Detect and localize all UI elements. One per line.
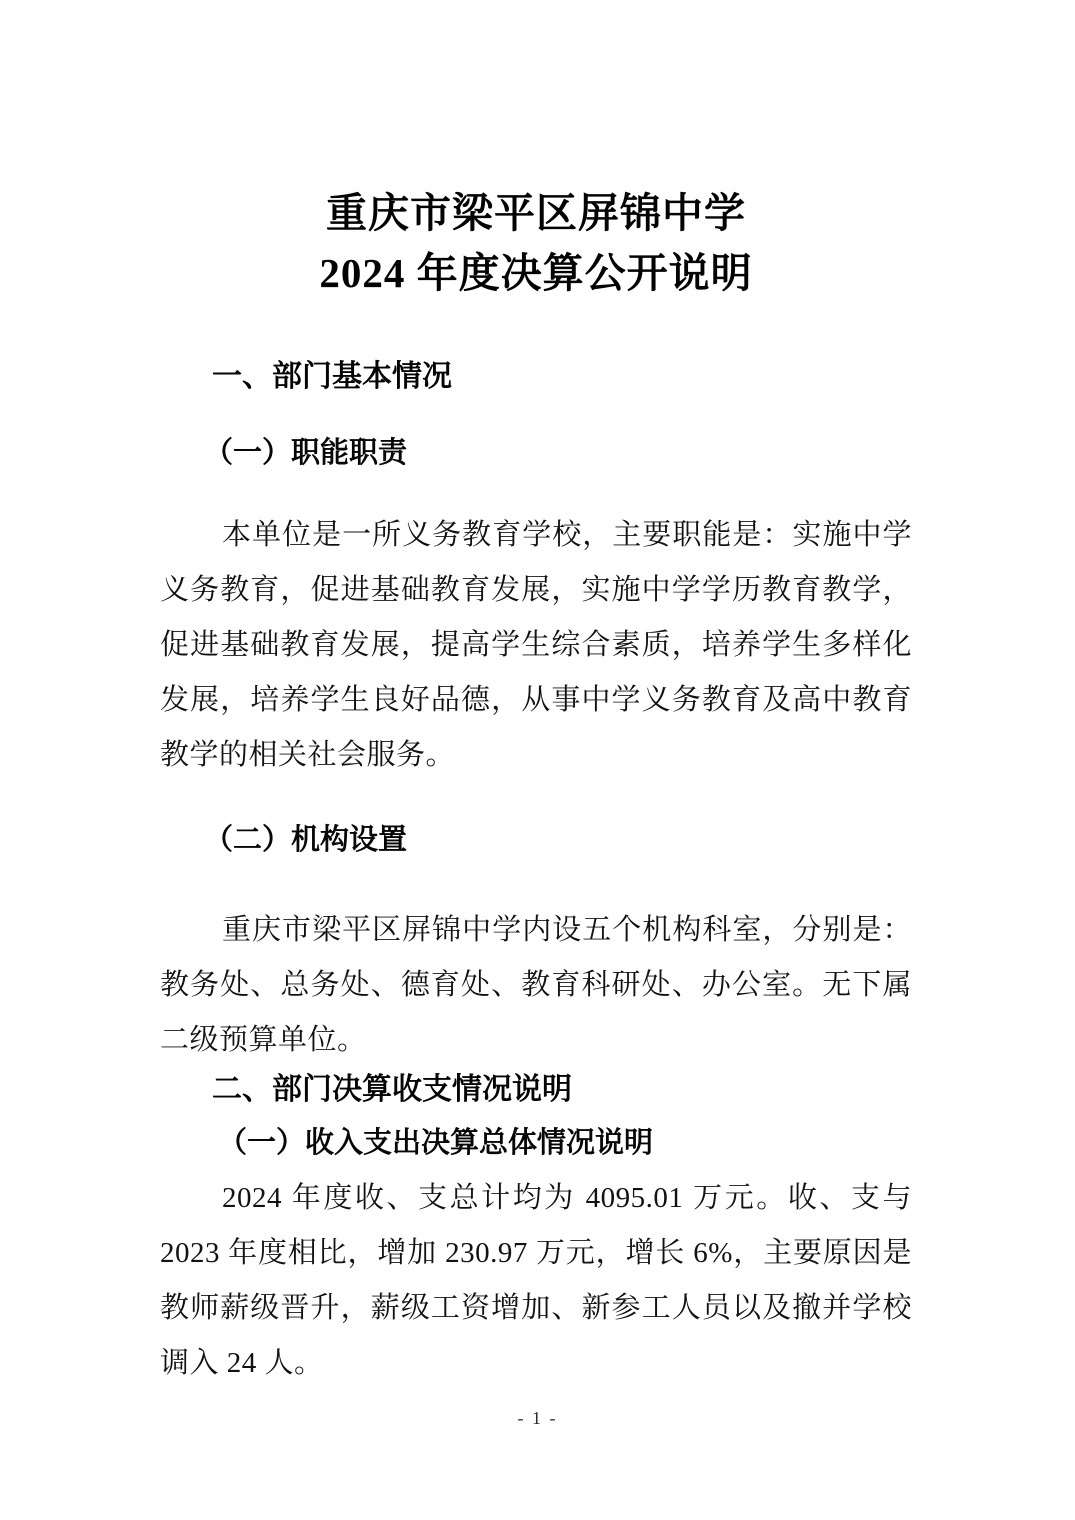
section-1-sub-1-paragraph: 本单位是一所义务教育学校，主要职能是：实施中学义务教育，促进基础教育发展，实施中… [160,508,912,783]
section-1-heading: 一、部门基本情况 [160,361,912,393]
document-content: 重庆市梁平区屏锦中学 2024 年度决算公开说明 一、部门基本情况 （一）职能职… [0,0,1075,1391]
section-1-sub-1-heading: （一）职能职责 [160,438,912,468]
document-title: 重庆市梁平区屏锦中学 2024 年度决算公开说明 [160,183,912,303]
document-page: 重庆市梁平区屏锦中学 2024 年度决算公开说明 一、部门基本情况 （一）职能职… [0,0,1075,1520]
page-number: - 1 - [0,1406,1075,1430]
section-2-sub-1-paragraph: 2024 年度收、支总计均为 4095.01 万元。收、支与 2023 年度相比… [160,1171,912,1391]
section-2-heading: 二、部门决算收支情况说明 [160,1074,912,1106]
section-1-sub-2-paragraph: 重庆市梁平区屏锦中学内设五个机构科室，分别是：教务处、总务处、德育处、教育科研处… [160,903,912,1068]
section-1-sub-2-heading: （二）机构设置 [160,825,912,855]
document-title-line1: 重庆市梁平区屏锦中学 [160,183,912,243]
section-2-sub-1-heading: （一）收入支出决算总体情况说明 [160,1128,912,1158]
document-title-line2: 2024 年度决算公开说明 [160,243,912,303]
